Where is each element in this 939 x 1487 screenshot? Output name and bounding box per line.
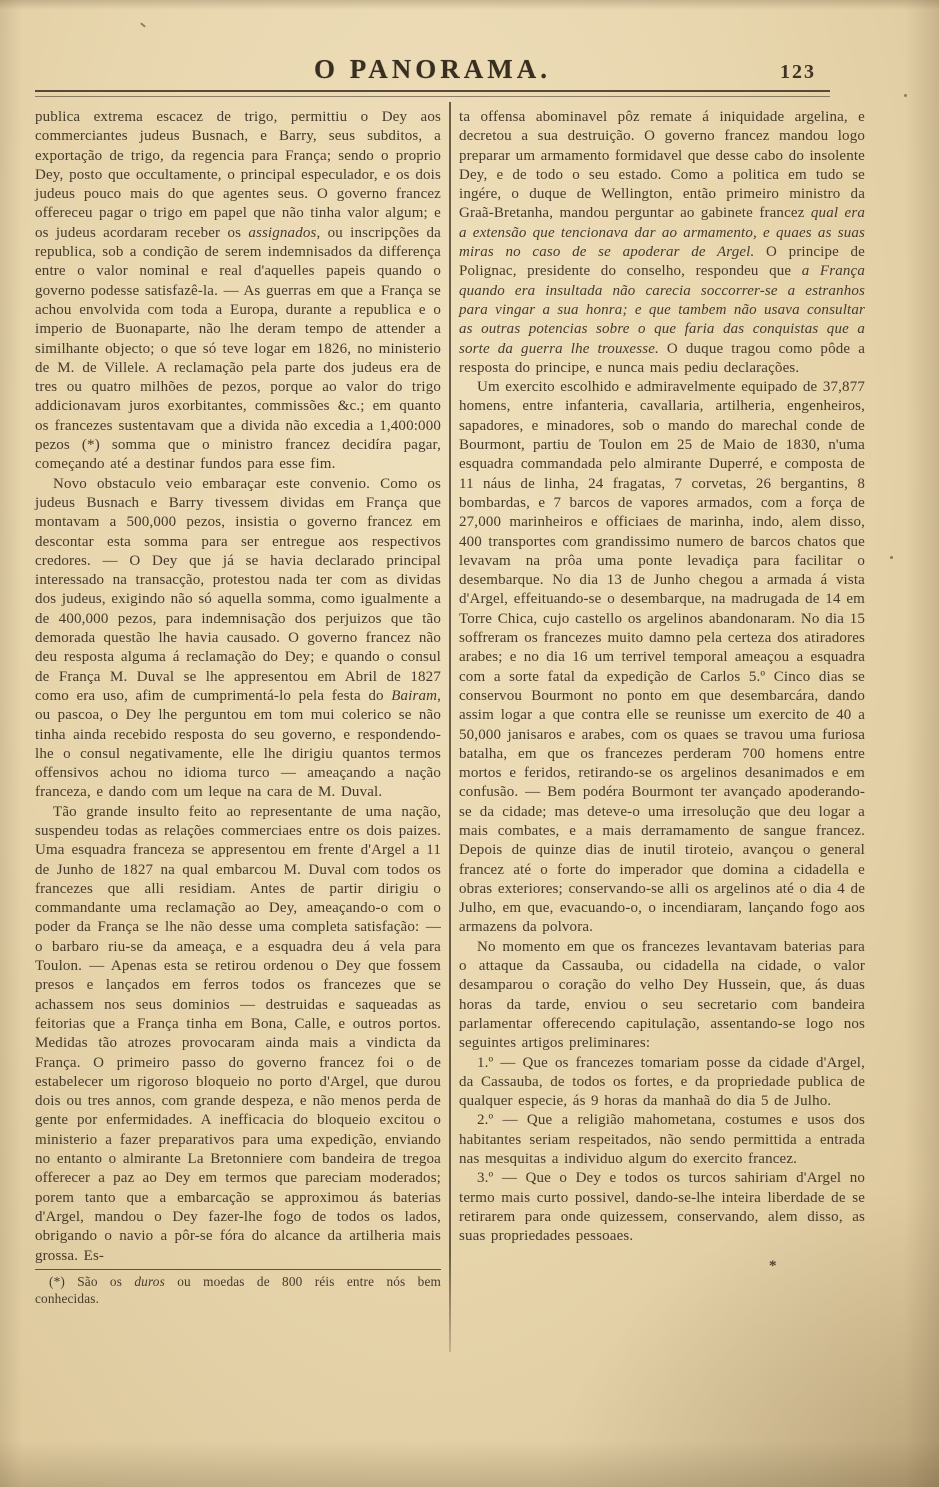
end-asterisk: * — [769, 1257, 865, 1276]
paragraph: 1.º — Que os francezes tomariam posse da… — [459, 1054, 865, 1112]
scanned-page: O PANORAMA. 123 publica extrema escacez … — [0, 0, 939, 1487]
ink-speck — [904, 94, 907, 97]
paragraph: 2.º — Que a religião mahometana, costume… — [459, 1111, 865, 1169]
paragraph: ta offensa abominavel pôz remate á iniqu… — [459, 108, 865, 378]
masthead: O PANORAMA. — [35, 54, 830, 85]
paragraph: Um exercito escolhido e admiravelmente e… — [459, 378, 865, 938]
footnote-rule — [35, 1269, 441, 1270]
right-column-text: ta offensa abominavel pôz remate á iniqu… — [459, 108, 865, 1247]
right-column: ta offensa abominavel pôz remate á iniqu… — [459, 108, 865, 1276]
ink-speck — [140, 22, 146, 27]
paragraph: Novo obstaculo veio embaraçar este conve… — [35, 475, 441, 803]
paragraph: 3.º — Que o Dey e todos os turcos sahiri… — [459, 1169, 865, 1246]
left-column-text: publica extrema escacez de trigo, permit… — [35, 108, 441, 1266]
page-title: O PANORAMA. — [314, 54, 551, 84]
ink-speck — [890, 556, 893, 559]
left-column: publica extrema escacez de trigo, permit… — [35, 108, 441, 1307]
footnote-text: (*) São os duros ou moedas de 800 réis e… — [35, 1273, 441, 1307]
paragraph: (*) São os duros ou moedas de 800 réis e… — [35, 1273, 441, 1307]
column-divider-rule — [449, 102, 451, 1352]
footnote-block: (*) São os duros ou moedas de 800 réis e… — [35, 1269, 441, 1307]
paragraph: No momento em que os francezes levantava… — [459, 938, 865, 1054]
paragraph: Tão grande insulto feito ao representant… — [35, 803, 441, 1266]
page-number: 123 — [780, 61, 816, 84]
header-rule — [35, 90, 830, 97]
paragraph: publica extrema escacez de trigo, permit… — [35, 108, 441, 475]
